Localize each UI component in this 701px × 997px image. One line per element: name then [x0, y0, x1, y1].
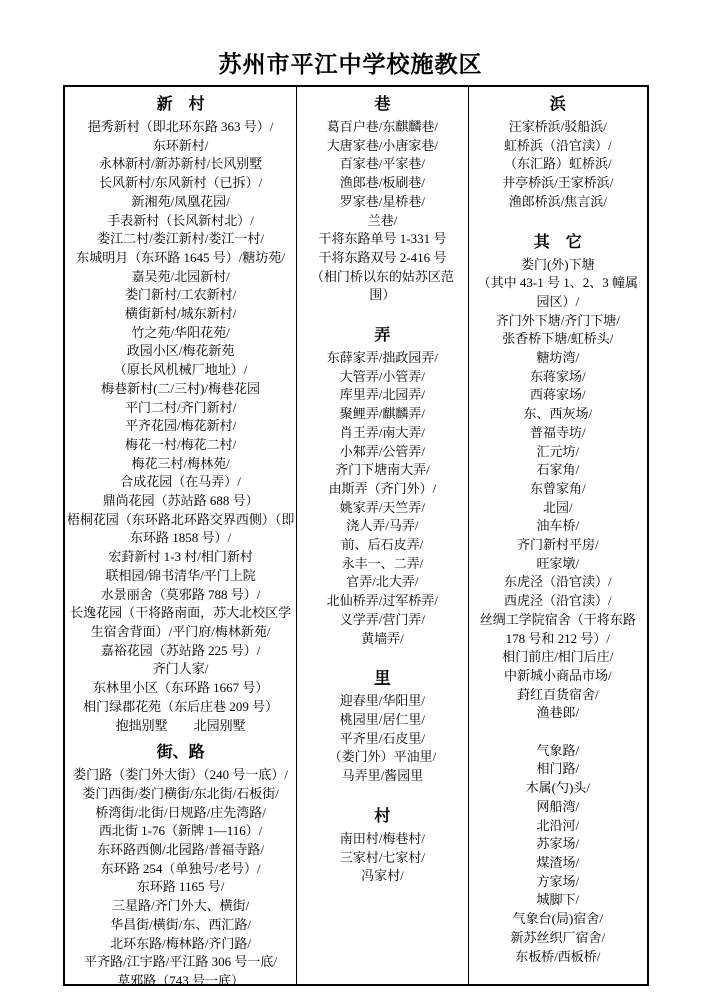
- entry-line: 葑红百货宿舍/: [469, 686, 647, 705]
- entry-line: 齐门人家/: [65, 660, 296, 679]
- entry-line: （相门桥以东的姑苏区范: [297, 268, 467, 287]
- entry-line: 生宿舍背面）/平门府/梅林新苑/: [65, 623, 296, 642]
- entry-line: 义学弄/营门弄/: [297, 611, 467, 630]
- entry-line: 东环路 1165 号/: [65, 878, 296, 897]
- entry-line: 长风新村/东风新村（已拆）/: [65, 174, 296, 193]
- entry-line: 兰巷/: [297, 212, 467, 231]
- entry-line: 西蒋家场/: [469, 386, 647, 405]
- entry-line: 东蒋家场/: [469, 368, 647, 387]
- section-jielu: 街、路娄门路（娄门外大街）（240 号一底）/娄门西街/娄门横街/东北街/石板街…: [65, 742, 296, 990]
- entry-line: 聚鲤弄/麒麟弄/: [297, 405, 467, 424]
- entry-line: 围）: [297, 286, 467, 305]
- entry-line: 嘉吴苑/北园新村/: [65, 268, 296, 287]
- entry-line: 渔巷郎/: [469, 704, 647, 723]
- entry-line: 前、后石皮弄/: [297, 536, 467, 555]
- section-header-li: 里: [297, 668, 467, 690]
- entry-line: 娄门路（娄门外大街）（240 号一底）/: [65, 766, 296, 785]
- entry-line: 北仙桥弄/过军桥弄/: [297, 592, 467, 611]
- entry-line: 桥湾街/北街/日规路/庄先湾路/: [65, 804, 296, 823]
- entry-line: 娄江二村/娄江新村/娄江一村/: [65, 230, 296, 249]
- entry-line: 东环路 1858 号）/: [65, 529, 296, 548]
- entry-line: 桃园里/居仁里/: [297, 711, 467, 730]
- entry-line: 煤渣场/: [469, 854, 647, 873]
- entry-line: 娄门新村/工农新村/: [65, 286, 296, 305]
- entry-line: 北环东路/梅林路/齐门路/: [65, 935, 296, 954]
- entry-line: 嘉裕花园（苏站路 225 号）/: [65, 642, 296, 661]
- section-header-cun: 村: [297, 806, 467, 828]
- entry-line: 永林新村/新苏新村/长风别墅: [65, 155, 296, 174]
- entry-line: 横街新村/城东新村/: [65, 305, 296, 324]
- entry-line: 相门路/: [469, 760, 647, 779]
- entry-line: 北园/: [469, 499, 647, 518]
- entry-line: 东曾家角/: [469, 480, 647, 499]
- entry-line: 旺家墩/: [469, 555, 647, 574]
- entry-line: 姚家弄/天竺弄/: [297, 499, 467, 518]
- entry-line: 北沿河/: [469, 817, 647, 836]
- entry-line: 迎春里/华阳里/: [297, 692, 467, 711]
- entry-line: 平齐里/石皮里/: [297, 730, 467, 749]
- entry-line: 糖坊湾/: [469, 349, 647, 368]
- entry-line: 东薛家弄/拙政园弄/: [297, 349, 467, 368]
- section-qita: 其 它娄门(外)下塘（其中 43-1 号 1、2、3 幢属园区）/齐门外下塘/齐…: [469, 232, 647, 967]
- entry-line: 新湘苑/凤凰花园/: [65, 193, 296, 212]
- section-header-xincun: 新 村: [65, 94, 296, 116]
- entry-line: 娄门西街/娄门横街/东北街/石板街/: [65, 785, 296, 804]
- section-header-jielu: 街、路: [65, 742, 296, 764]
- entry-line: 宏葑新村 1-3 村/相门新村: [65, 548, 296, 567]
- entry-line: 合成花园（在马弄）/: [65, 473, 296, 492]
- entry-line: 大管弄/小管弄/: [297, 368, 467, 387]
- entry-line: 平齐路/江宇路/平江路 306 号一底/: [65, 953, 296, 972]
- entry-line: 城脚下/: [469, 891, 647, 910]
- page-title: 苏州市平江中学校施教区: [0, 46, 701, 79]
- entry-line: 张香桥下塘/虹桥头/: [469, 330, 647, 349]
- entry-line: 梅花三村/梅林苑/: [65, 455, 296, 474]
- entry-line: 鼎尚花园（苏站路 688 号）: [65, 492, 296, 511]
- entry-line: 相门前庄/相门后庄/: [469, 648, 647, 667]
- entry-line: 竹之苑/华阳花苑/: [65, 324, 296, 343]
- section-li: 里迎春里/华阳里/桃园里/居仁里/平齐里/石皮里/（娄门外）平油里/马弄里/酱园…: [297, 668, 467, 786]
- entry-line: 普福寺坊/: [469, 424, 647, 443]
- entry-line: 娄门(外)下塘: [469, 256, 647, 275]
- section-header-long: 弄: [297, 325, 467, 347]
- entry-line: 抱拙别墅 北园别墅: [65, 717, 296, 736]
- entry-line: 库里弄/北园弄/: [297, 386, 467, 405]
- entry-line: 葛百户巷/东麒麟巷/: [297, 118, 467, 137]
- entry-line: 华昌街/横街/东、西汇路/: [65, 916, 296, 935]
- entry-line: 梧桐花园（东环路北环路交界西侧）（即: [65, 511, 296, 530]
- entry-line: 东环路 254（单独号/老号）/: [65, 860, 296, 879]
- entry-line: [469, 723, 647, 742]
- entry-line: （其中 43-1 号 1、2、3 幢属: [469, 274, 647, 293]
- entry-line: 苏家场/: [469, 835, 647, 854]
- entry-line: 挹秀新村（即北环东路 363 号）/: [65, 118, 296, 137]
- entry-line: 东林里小区（东环路 1667 号）: [65, 679, 296, 698]
- entry-line: 梅花一村/梅花二村/: [65, 436, 296, 455]
- entry-line: 南田村/梅巷村/: [297, 830, 467, 849]
- entry-line: 虹桥浜（沿官渎）/: [469, 137, 647, 156]
- entry-line: 石家角/: [469, 461, 647, 480]
- entry-line: 渔郎桥浜/焦言浜/: [469, 193, 647, 212]
- entry-line: 三星路/齐门外大、横街/: [65, 897, 296, 916]
- entry-line: 三家村/七家村/: [297, 849, 467, 868]
- entry-line: 新苏丝织厂宿舍/: [469, 929, 647, 948]
- entry-line: 渔郎巷/板刷巷/: [297, 174, 467, 193]
- entry-line: 汪家桥浜/驳船浜/: [469, 118, 647, 137]
- entry-line: 浇人弄/马弄/: [297, 517, 467, 536]
- section-header-qita: 其 它: [469, 232, 647, 254]
- entry-line: 齐门外下塘/齐门下塘/: [469, 312, 647, 331]
- section-xiang: 巷葛百户巷/东麒麟巷/大唐家巷/小唐家巷/百家巷/平家巷/渔郎巷/板刷巷/罗家巷…: [297, 94, 467, 305]
- entry-line: 相门绿郡花苑（东后庄巷 209 号）: [65, 698, 296, 717]
- entry-line: 平门二村/齐门新村/: [65, 399, 296, 418]
- district-table: 新 村挹秀新村（即北环东路 363 号）/东环新村/永林新村/新苏新村/长风别墅…: [63, 85, 649, 986]
- entry-line: 气象路/: [469, 742, 647, 761]
- entry-line: 干将东路双号 2-416 号: [297, 249, 467, 268]
- entry-line: 平齐花园/梅花新村/: [65, 417, 296, 436]
- entry-line: 园区）/: [469, 293, 647, 312]
- entry-line: 丝绸工学院宿舍（干将东路: [469, 611, 647, 630]
- entry-line: 肖王弄/南大弄/: [297, 424, 467, 443]
- section-long: 弄东薛家弄/拙政园弄/大管弄/小管弄/库里弄/北园弄/聚鲤弄/麒麟弄/肖王弄/南…: [297, 325, 467, 648]
- entry-line: （娄门外）平油里/: [297, 748, 467, 767]
- column-2: 巷葛百户巷/东麒麟巷/大唐家巷/小唐家巷/百家巷/平家巷/渔郎巷/板刷巷/罗家巷…: [297, 87, 468, 984]
- entry-line: 罗家巷/星桥巷/: [297, 193, 467, 212]
- section-header-xiang: 巷: [297, 94, 467, 116]
- column-3: 浜汪家桥浜/驳船浜/虹桥浜（沿官渎）/（东汇路）虹桥浜/井亭桥浜/王家桥浜/渔郎…: [469, 87, 647, 984]
- entry-line: 冯家村/: [297, 867, 467, 886]
- entry-line: 方家场/: [469, 873, 647, 892]
- section-bang: 浜汪家桥浜/驳船浜/虹桥浜（沿官渎）/（东汇路）虹桥浜/井亭桥浜/王家桥浜/渔郎…: [469, 94, 647, 212]
- entry-line: 齐门下塘南大弄/: [297, 461, 467, 480]
- entry-line: 政园小区/梅花新苑: [65, 342, 296, 361]
- entry-line: （原长风机械厂地址）/: [65, 361, 296, 380]
- entry-line: （东汇路）虹桥浜/: [469, 155, 647, 174]
- section-cun: 村南田村/梅巷村/三家村/七家村/冯家村/: [297, 806, 467, 886]
- entry-line: 网船湾/: [469, 798, 647, 817]
- entry-line: 西北街 1-76（新牌 1—116）/: [65, 822, 296, 841]
- entry-line: 木属(勺)头/: [469, 779, 647, 798]
- entry-line: 东城明月（东环路 1645 号）/糖坊苑/: [65, 249, 296, 268]
- entry-line: 东虎泾（沿官渎）/: [469, 573, 647, 592]
- entry-line: 莫邪路（743 号一底）: [65, 972, 296, 991]
- entry-line: 梅巷新村(二/三村)/梅巷花园: [65, 380, 296, 399]
- entry-line: 汇元坊/: [469, 443, 647, 462]
- entry-line: 西虎泾（沿官渎）/: [469, 592, 647, 611]
- entry-line: 东环新村/: [65, 137, 296, 156]
- entry-line: 干将东路单号 1-331 号: [297, 230, 467, 249]
- entry-line: 黄墙弄/: [297, 630, 467, 649]
- entry-line: 东环路西侧/北园路/普福寺路/: [65, 841, 296, 860]
- entry-line: 手表新村（长风新村北）/: [65, 212, 296, 231]
- column-1: 新 村挹秀新村（即北环东路 363 号）/东环新村/永林新村/新苏新村/长风别墅…: [65, 87, 297, 984]
- entry-line: 中新城小商品市场/: [469, 667, 647, 686]
- entry-line: 长逸花园（干将路南面，苏大北校区学: [65, 604, 296, 623]
- entry-line: 联相园/锦书清华/平门上院: [65, 567, 296, 586]
- entry-line: 齐门新村平房/: [469, 536, 647, 555]
- entry-line: 百家巷/平家巷/: [297, 155, 467, 174]
- entry-line: 气象台(局)宿舍/: [469, 910, 647, 929]
- section-header-bang: 浜: [469, 94, 647, 116]
- entry-line: 东、西灰场/: [469, 405, 647, 424]
- section-xincun: 新 村挹秀新村（即北环东路 363 号）/东环新村/永林新村/新苏新村/长风别墅…: [65, 94, 296, 735]
- entry-line: 水景丽舍（莫邪路 788 号）/: [65, 586, 296, 605]
- entry-line: 178 号和 212 号）/: [469, 630, 647, 649]
- entry-line: 小邾弄/公管弄/: [297, 443, 467, 462]
- entry-line: 大唐家巷/小唐家巷/: [297, 137, 467, 156]
- entry-line: 马弄里/酱园里: [297, 767, 467, 786]
- entry-line: 井亭桥浜/王家桥浜/: [469, 174, 647, 193]
- entry-line: 东板桥/西板桥/: [469, 948, 647, 967]
- entry-line: 永丰一、二弄/: [297, 555, 467, 574]
- entry-line: 油车桥/: [469, 517, 647, 536]
- entry-line: 由斯弄（齐门外）/: [297, 480, 467, 499]
- entry-line: 官弄/北大弄/: [297, 573, 467, 592]
